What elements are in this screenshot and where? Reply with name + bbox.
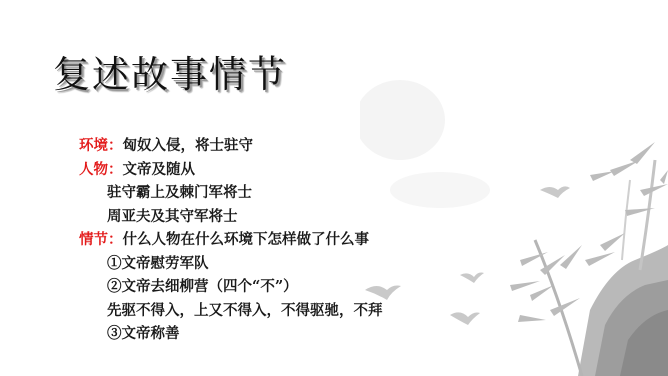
text-characters-3: 周亚夫及其守军将士 [107, 208, 238, 225]
text-plot-3: ③文帝称善 [107, 325, 180, 342]
line-characters-2: 驻守霸上及棘门军将士 [79, 181, 383, 205]
line-plot-1: ①文帝慰劳军队 [79, 252, 383, 276]
text-environment: 匈奴入侵，将士驻守 [123, 137, 254, 154]
text-plot-1: ①文帝慰劳军队 [107, 255, 209, 272]
text-plot: 什么人物在什么环境下怎样做了什么事 [123, 231, 370, 248]
slide-title: 复述故事情节 [53, 44, 287, 98]
content-list: 环境：匈奴入侵，将士驻守 人物：文帝及随从 驻守霸上及棘门军将士 周亚夫及其守军… [79, 134, 383, 346]
slide: 复述故事情节 环境：匈奴入侵，将士驻守 人物：文帝及随从 驻守霸上及棘门军将士 … [0, 0, 668, 376]
text-characters-2: 驻守霸上及棘门军将士 [107, 184, 252, 201]
label-environment: 环境： [79, 137, 123, 154]
line-characters: 人物：文帝及随从 [79, 158, 383, 182]
ink-bamboo-landscape-icon [360, 70, 668, 376]
label-characters: 人物： [79, 161, 123, 178]
text-characters: 文帝及随从 [123, 161, 196, 178]
line-characters-3: 周亚夫及其守军将士 [79, 205, 383, 229]
line-plot: 情节：什么人物在什么环境下怎样做了什么事 [79, 228, 383, 252]
text-plot-2: ②文帝去细柳营（四个“不”） [107, 278, 298, 295]
line-plot-3: ③文帝称善 [79, 322, 383, 346]
text-plot-2-detail: 先驱不得入，上又不得入，不得驱驰，不拜 [107, 302, 383, 319]
line-plot-2-detail: 先驱不得入，上又不得入，不得驱驰，不拜 [79, 299, 383, 323]
line-plot-2: ②文帝去细柳营（四个“不”） [79, 275, 383, 299]
line-environment: 环境：匈奴入侵，将士驻守 [79, 134, 383, 158]
label-plot: 情节： [79, 231, 123, 248]
